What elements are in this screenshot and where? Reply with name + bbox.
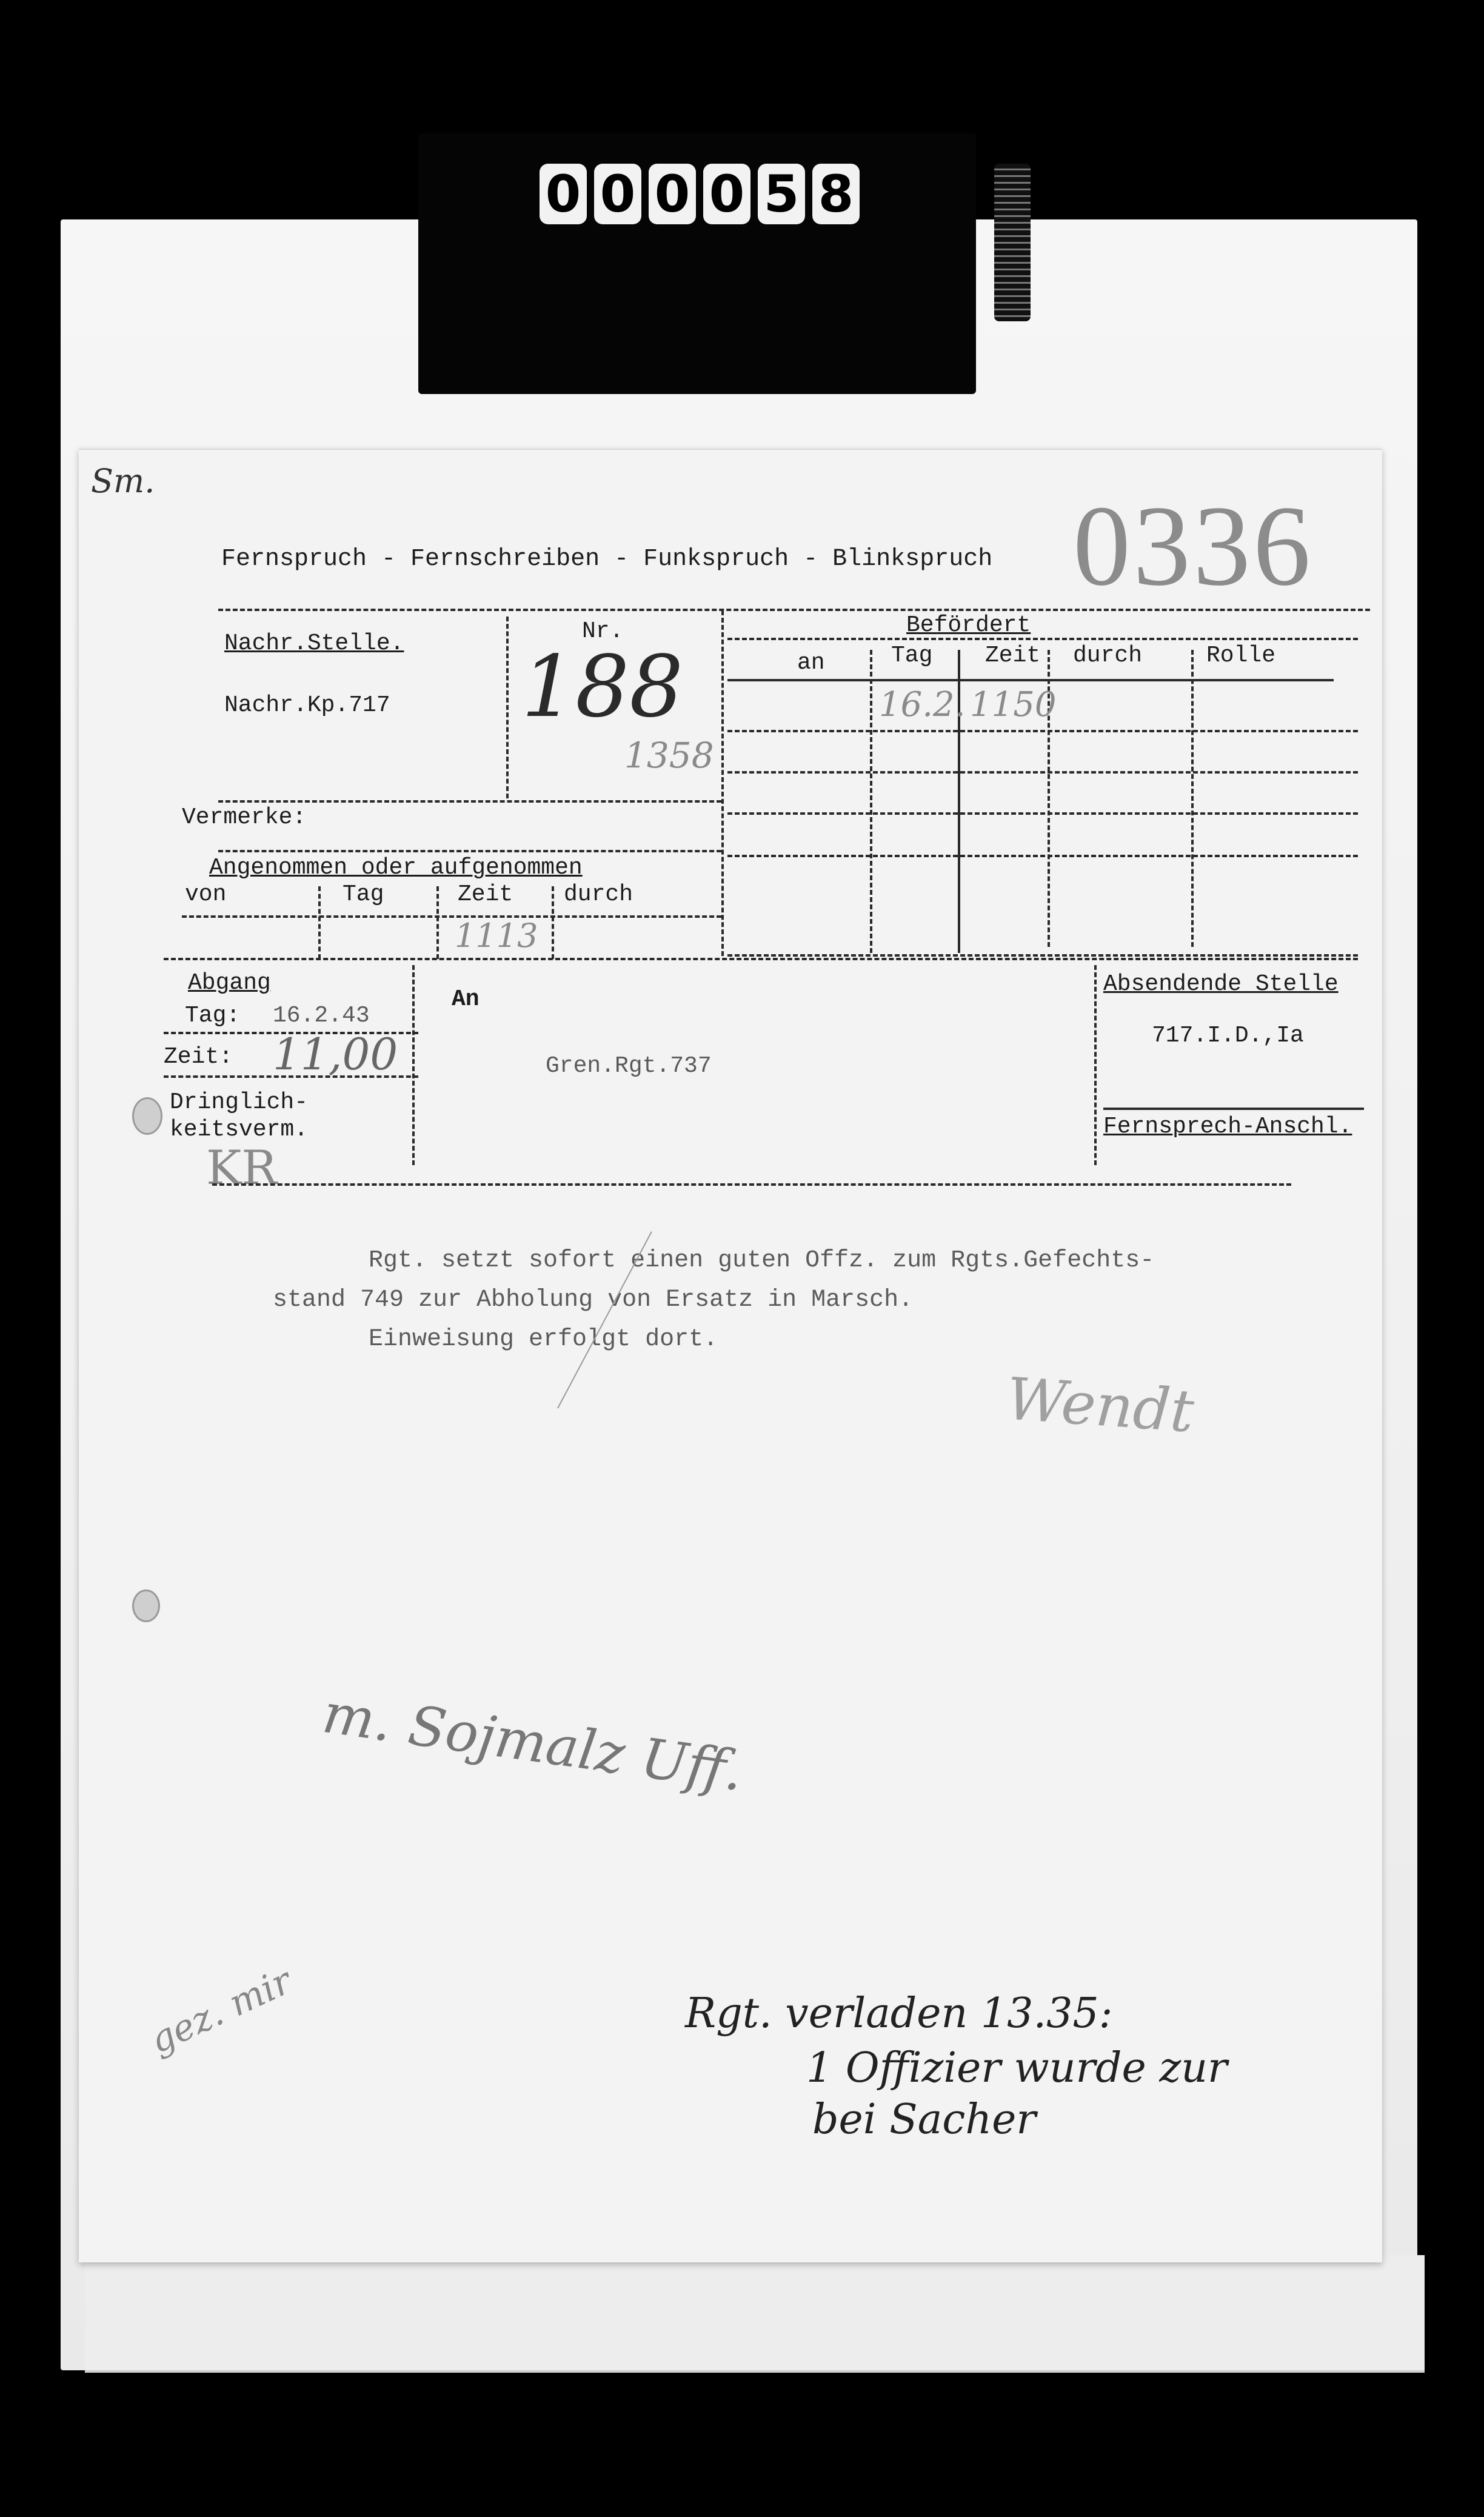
corner-initial-mark: Sm. bbox=[91, 462, 155, 500]
message-form-sheet: Sm. 0336 Fernspruch - Fernschreiben - Fu… bbox=[79, 449, 1382, 2262]
divider bbox=[182, 915, 721, 918]
nachr-stelle-value: Nachr.Kp.717 bbox=[224, 692, 390, 718]
dringlichkeit-label-2: keitsverm. bbox=[170, 1117, 308, 1143]
absendende-stelle-label: Absendende Stelle bbox=[1103, 971, 1339, 997]
punch-hole-icon bbox=[132, 1097, 162, 1135]
table-row-line bbox=[727, 771, 1358, 774]
befoerdert-row1-zeit: 1150 bbox=[970, 685, 1057, 724]
counter-knob-icon bbox=[994, 164, 1031, 321]
punch-hole-icon bbox=[132, 1589, 160, 1622]
angenommen-col-tag: Tag bbox=[343, 881, 384, 908]
message-line-1: Rgt. setzt sofort einen guten Offz. zum … bbox=[369, 1247, 1154, 1274]
divider bbox=[506, 617, 509, 798]
message-line-3: Einweisung erfolgt dort. bbox=[369, 1326, 718, 1353]
nr-value-handwritten: 188 bbox=[521, 638, 683, 737]
initials-bottom-left: gez. mir bbox=[144, 1960, 298, 2062]
counter-digit: 0 bbox=[703, 164, 750, 224]
signature-right: Wendt bbox=[1004, 1365, 1196, 1445]
table-row-line bbox=[727, 730, 1358, 732]
abgang-label: Abgang bbox=[188, 970, 271, 996]
befoerdert-row1-tag: 16.2. bbox=[879, 685, 966, 724]
abgang-tag-value: 16.2.43 bbox=[273, 1003, 370, 1029]
angenommen-col-durch: durch bbox=[564, 881, 633, 908]
divider bbox=[218, 609, 1370, 611]
befoerdert-col-an: an bbox=[797, 650, 825, 676]
counter-digit: 5 bbox=[758, 164, 805, 224]
befoerdert-col-tag: Tag bbox=[891, 643, 932, 669]
message-line-2: stand 749 zur Abholung von Ersatz in Mar… bbox=[273, 1286, 913, 1314]
abgang-zeit-value-handwritten: 11,00 bbox=[273, 1029, 398, 1080]
abgang-tag-label: Tag: bbox=[185, 1003, 240, 1029]
counter-digit: 0 bbox=[540, 164, 587, 224]
note-bottom-line2: 1 Offizier wurde zur bbox=[806, 2044, 1228, 2092]
absendende-stelle-value: 717.I.D.,Ia bbox=[1152, 1023, 1304, 1049]
note-bottom-line1: Rgt. verladen 13.35: bbox=[685, 1990, 1113, 2037]
nr-secondary-handwritten: 1358 bbox=[624, 735, 714, 776]
divider bbox=[164, 1075, 418, 1078]
angenommen-col-zeit: Zeit bbox=[458, 881, 513, 908]
befoerdert-title: Befördert bbox=[906, 612, 1031, 638]
divider bbox=[212, 1183, 1291, 1186]
note-bottom-line3: bei Sacher bbox=[812, 2096, 1036, 2144]
divider bbox=[721, 610, 724, 956]
befoerdert-col-rolle: Rolle bbox=[1206, 643, 1275, 669]
divider bbox=[164, 958, 1358, 960]
divider bbox=[870, 650, 872, 953]
divider bbox=[436, 886, 439, 959]
divider bbox=[1094, 965, 1097, 1165]
back-sheet-bottom-edge bbox=[85, 2255, 1425, 2373]
frame-counter: 0 0 0 0 5 8 bbox=[540, 164, 860, 224]
divider bbox=[1103, 1108, 1364, 1110]
divider bbox=[727, 638, 1358, 640]
divider bbox=[218, 850, 721, 852]
abgang-zeit-label: Zeit: bbox=[164, 1044, 233, 1070]
vermerke-label: Vermerke: bbox=[182, 804, 306, 831]
befoerdert-col-zeit: Zeit bbox=[985, 643, 1040, 669]
befoerdert-col-durch: durch bbox=[1073, 643, 1142, 669]
counter-digit: 0 bbox=[594, 164, 641, 224]
table-row-line bbox=[727, 954, 1358, 957]
angenommen-zeit-value: 1113 bbox=[455, 917, 538, 955]
divider bbox=[318, 886, 321, 959]
nachr-stelle-label: Nachr.Stelle. bbox=[224, 630, 404, 657]
divider bbox=[727, 679, 1334, 681]
archive-stamp-number: 0336 bbox=[1073, 480, 1313, 612]
angenommen-col-von: von bbox=[185, 881, 226, 908]
an-value: Gren.Rgt.737 bbox=[546, 1053, 712, 1079]
table-row-line bbox=[727, 855, 1358, 857]
an-label: An bbox=[452, 986, 480, 1012]
dringlichkeit-value-handwritten: KR bbox=[206, 1141, 277, 1195]
form-header-message-types: Fernspruch - Fernschreiben - Funkspruch … bbox=[221, 546, 992, 573]
fernsprech-anschluss-label: Fernsprech-Anschl. bbox=[1103, 1114, 1352, 1140]
table-row-line bbox=[727, 812, 1358, 815]
dringlichkeit-label-1: Dringlich- bbox=[170, 1089, 308, 1115]
counter-digit: 8 bbox=[812, 164, 860, 224]
divider bbox=[1191, 650, 1194, 947]
divider bbox=[218, 800, 721, 803]
angenommen-title: Angenommen oder aufgenommen bbox=[209, 855, 583, 881]
counter-digit: 0 bbox=[649, 164, 696, 224]
signature-middle: m. Sojmalz Uff. bbox=[319, 1682, 747, 1803]
divider bbox=[552, 886, 554, 959]
divider bbox=[412, 965, 415, 1165]
